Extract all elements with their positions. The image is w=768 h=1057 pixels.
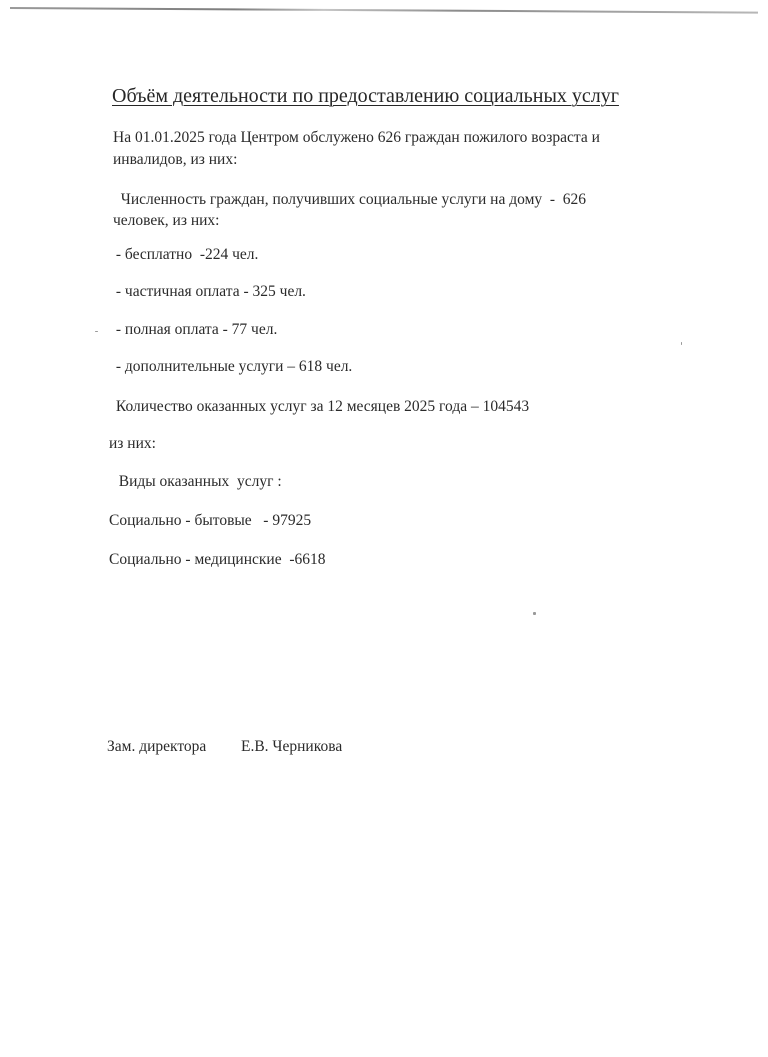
scan-speck xyxy=(681,342,682,345)
service-types-heading: Виды оказанных услуг : xyxy=(111,472,282,492)
document-title: Объём деятельности по предоставлению соц… xyxy=(112,84,619,108)
scan-speck xyxy=(95,331,98,332)
signature-position: Зам. директора xyxy=(107,737,206,757)
scan-edge-line xyxy=(10,7,758,14)
home-services-line-2: человек, из них: xyxy=(113,211,220,231)
signature-name: Е.В. Черникова xyxy=(241,737,342,757)
breakdown-free: - бесплатно -224 чел. xyxy=(112,245,258,265)
of-them-label: из них: xyxy=(109,434,156,454)
service-type-medical: Социально - медицинские -6618 xyxy=(109,550,326,570)
scan-speck xyxy=(533,612,536,615)
intro-line-2: инвалидов, из них: xyxy=(113,150,237,170)
intro-line-1: На 01.01.2025 года Центром обслужено 626… xyxy=(113,128,600,148)
home-services-line-1: Численность граждан, получивших социальн… xyxy=(113,190,586,210)
breakdown-partial: - частичная оплата - 325 чел. xyxy=(112,282,306,302)
breakdown-additional: - дополнительные услуги – 618 чел. xyxy=(112,357,352,377)
services-total: Количество оказанных услуг за 12 месяцев… xyxy=(112,397,529,417)
service-type-household: Социально - бытовые - 97925 xyxy=(109,511,311,531)
breakdown-full: - полная оплата - 77 чел. xyxy=(112,320,277,340)
